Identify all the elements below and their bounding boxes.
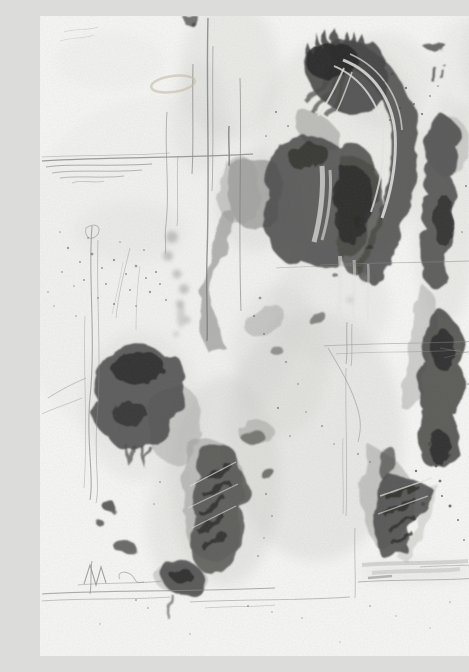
painting-canvas <box>40 16 469 656</box>
paper-grain-texture <box>40 16 469 656</box>
abstract-ink-painting <box>40 16 469 656</box>
